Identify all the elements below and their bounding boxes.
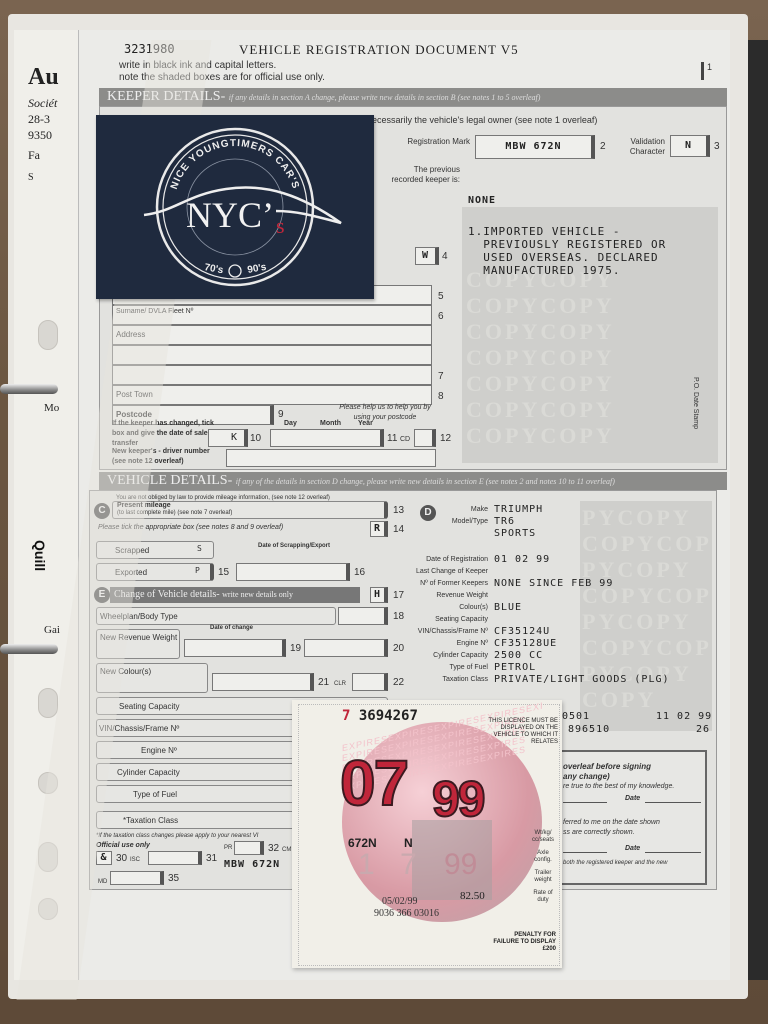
binder-ring-bottom xyxy=(0,644,58,654)
cylinder-capacity-field[interactable]: Cylinder Capacity xyxy=(96,763,296,781)
date-day-header: Day xyxy=(284,419,297,429)
tick-box-h[interactable]: H xyxy=(370,587,388,603)
previous-keeper-label: The previous recorded keeper is: xyxy=(390,165,460,185)
tick-box-k[interactable]: K xyxy=(208,429,248,447)
cd-label: CD xyxy=(400,435,410,445)
engine-label: Engine Nº xyxy=(141,746,177,755)
remark-line: MANUFACTURED 1975. xyxy=(468,264,666,277)
isc-label: ISC xyxy=(130,855,140,865)
detail-label: Nº of Former Keepers xyxy=(400,579,488,589)
clr-label: CLR xyxy=(334,679,346,689)
binder-brand: Quill xyxy=(32,540,48,571)
taxation-class-label: *Taxation Class xyxy=(123,816,178,825)
date-month-header: Month xyxy=(320,419,341,429)
present-mileage-field[interactable]: Present mileage (to last complete mile) … xyxy=(112,501,388,519)
svg-text:90's: 90's xyxy=(247,262,268,276)
declaration-line: re true to the best of my knowledge. xyxy=(563,782,674,792)
detail-value: 2500 CC xyxy=(494,650,543,661)
field-num: 35 xyxy=(168,873,179,884)
fuel-type-field[interactable]: Type of Fuel xyxy=(96,785,296,803)
detail-value: NONE SINCE FEB 99 xyxy=(494,578,613,589)
detail-value: TR6 xyxy=(494,516,515,527)
disc-label: Axle config. xyxy=(528,850,558,864)
detail-label: Model/Type xyxy=(430,517,488,527)
detail-row: VIN/Chassis/Frame NºCF35124U xyxy=(430,627,710,638)
expiry-month: 07 xyxy=(340,746,407,820)
svg-text:70's: 70's xyxy=(203,262,224,276)
detail-row: Cylinder Capacity2500 CC xyxy=(430,651,710,662)
detail-label: Taxation Class xyxy=(400,675,488,685)
detail-row: Nº of Former KeepersNONE SINCE FEB 99 xyxy=(430,579,710,590)
clr-field[interactable] xyxy=(352,673,388,691)
field-num: 13 xyxy=(393,505,404,516)
binder-ring-top xyxy=(0,384,58,394)
field-num: 17 xyxy=(393,590,404,601)
scrap-date-field[interactable] xyxy=(236,563,350,581)
detail-value: SPORTS xyxy=(494,528,536,539)
svg-text:NYC’: NYC’ xyxy=(186,195,274,235)
detail-row: Date of Registration01 02 99 xyxy=(430,555,710,566)
underlying-line: Sociét xyxy=(28,96,57,111)
detail-row: SPORTS xyxy=(430,529,710,540)
issue-date: 05/02/99 xyxy=(382,896,418,907)
underlying-line: 28-3 xyxy=(28,112,50,127)
underlying-line: 9350 xyxy=(28,128,52,143)
md-label: MD xyxy=(98,877,107,887)
field-num: 14 xyxy=(393,524,404,535)
date-of-change-label: Date of change xyxy=(210,623,253,633)
fuel-type-label: Type of Fuel xyxy=(133,790,177,799)
amp-box: & xyxy=(96,851,112,865)
official-use-label: Official use only xyxy=(96,841,150,851)
tick-box-r[interactable]: R xyxy=(370,521,388,537)
wheelplan-code-field[interactable] xyxy=(338,607,388,625)
date-label: Date xyxy=(625,794,640,804)
svg-text:s: s xyxy=(276,213,285,238)
field-num: 21 xyxy=(318,677,329,688)
date-label: Date xyxy=(625,844,640,854)
document-title: VEHICLE REGISTRATION DOCUMENT V5 xyxy=(239,42,519,58)
punch-hole xyxy=(38,320,58,350)
detail-label: Cylinder Capacity xyxy=(400,651,488,661)
detail-row: Seating Capacity xyxy=(430,615,710,626)
underlying-line: Gai xyxy=(44,624,60,636)
underlying-line: Mo xyxy=(44,402,59,414)
nyc-logo-icon: NICE YOUNGTIMERS CAR'S NYC’ s 70's 90's xyxy=(96,115,374,299)
disc-label: Rate of duty xyxy=(528,890,558,904)
field-num: 5 xyxy=(438,291,444,302)
declaration-line: ferred to me on the date shown xyxy=(563,818,660,828)
detail-value: 01 02 99 xyxy=(494,554,550,565)
valid-from-month: 7 xyxy=(400,848,417,882)
detail-value: CF35124U xyxy=(494,626,550,637)
valid-from-day: 1 xyxy=(358,848,375,882)
registration-repeat: MBW 672N xyxy=(224,859,280,870)
vehicle-details-band: VEHICLE DETAILS- if any of the details i… xyxy=(99,472,727,490)
postcode-help: Please help us to help you by using your… xyxy=(330,403,440,423)
field-num: 3 xyxy=(714,141,720,152)
signature-line[interactable] xyxy=(563,852,607,853)
underlying-line: Fa xyxy=(28,148,40,163)
tick-box-w[interactable]: W xyxy=(415,247,439,265)
detail-row: Colour(s)BLUE xyxy=(430,603,710,614)
validation-label: Validation Character xyxy=(605,137,665,157)
po-date-stamp-label: P.O. Date Stamp xyxy=(690,377,700,429)
detail-label: Make xyxy=(430,505,488,515)
field-num: 32 xyxy=(268,843,279,854)
serial-number: 3694267 xyxy=(359,708,418,724)
isc-field[interactable] xyxy=(148,851,202,865)
detail-label: Seating Capacity xyxy=(400,615,488,625)
remark-line: 1.IMPORTED VEHICLE - xyxy=(468,225,666,238)
detail-label: Revenue Weight xyxy=(400,591,488,601)
pr-field[interactable] xyxy=(234,841,264,855)
taxation-note: *If the taxation class changes please ap… xyxy=(96,831,258,841)
field-num: 30 xyxy=(116,853,127,864)
declaration-line: any change) xyxy=(563,772,610,782)
display-notice: THIS LICENCE MUST BE DISPLAYED ON THE VE… xyxy=(478,718,558,746)
exported-code: P xyxy=(195,566,201,575)
detail-row: Model/TypeTR6 xyxy=(430,517,710,528)
field-num: 7 xyxy=(438,371,444,382)
scrapped-code: S xyxy=(197,544,203,553)
disc-serial: 7 3694267 xyxy=(342,708,418,724)
field-num: 20 xyxy=(393,643,404,654)
sale-date-field[interactable] xyxy=(270,429,384,447)
issue-reference: 9036 366 03016 xyxy=(374,908,439,919)
vehicle-band-note: if any of the details in section D chang… xyxy=(236,477,615,486)
field-num: 15 xyxy=(218,567,229,578)
field-num: 10 xyxy=(250,433,261,444)
detail-label: VIN/Chassis/Frame Nº xyxy=(400,627,488,637)
remark-line: PREVIOUSLY REGISTERED OR xyxy=(468,238,666,251)
cm-label: CM xyxy=(282,845,291,855)
detail-value: PETROL xyxy=(494,662,536,673)
underlying-line: S xyxy=(28,172,34,183)
detail-row: Type of FuelPETROL xyxy=(430,663,710,674)
ref-line2-right: 26 xyxy=(696,724,710,735)
ref-line1-left: 0501 xyxy=(562,711,590,722)
date-line[interactable] xyxy=(645,802,701,803)
underlying-heading: Au xyxy=(28,64,59,91)
field-num: 9 xyxy=(278,409,284,420)
detail-row: Engine NºCF35128UE xyxy=(430,639,710,650)
revenue-weight-date-field[interactable] xyxy=(184,639,286,657)
business-card: NICE YOUNGTIMERS CAR'S NYC’ s 70's 90's xyxy=(96,115,374,299)
valid-from-year: 99 xyxy=(444,848,477,882)
declaration-line: overleaf before signing xyxy=(563,762,651,772)
vin-field[interactable]: VIN/Chassis/Frame Nº xyxy=(96,719,296,737)
detail-label: Colour(s) xyxy=(400,603,488,613)
validation-char-field: N xyxy=(670,135,710,157)
field-20[interactable] xyxy=(304,639,388,657)
field-num: 31 xyxy=(206,853,217,864)
field-num: 11 xyxy=(387,433,397,444)
date-line[interactable] xyxy=(645,852,701,853)
remarks-text: 1.IMPORTED VEHICLE - PREVIOUSLY REGISTER… xyxy=(468,225,666,277)
detail-label: Type of Fuel xyxy=(400,663,488,673)
expiry-year: 99 xyxy=(432,770,484,828)
field-num: 12 xyxy=(440,433,451,444)
seating-capacity-label: Seating Capacity xyxy=(119,702,179,711)
field-num: 6 xyxy=(438,311,444,322)
scrap-date-label: Date of Scrapping/Export xyxy=(258,541,330,551)
page-number: 1 xyxy=(701,62,712,80)
pr-label: PR xyxy=(224,843,232,853)
registration-mark-label: Registration Mark xyxy=(400,137,470,147)
remark-line: USED OVERSEAS. DECLARED xyxy=(468,251,666,264)
declaration-line: ss are correctly shown. xyxy=(563,828,635,838)
engine-field[interactable]: Engine Nº xyxy=(96,741,296,759)
driver-number-field[interactable] xyxy=(226,449,436,467)
taxation-class-field[interactable]: *Taxation Class xyxy=(96,811,296,829)
detail-value: PRIVATE/LIGHT GOODS (PLG) xyxy=(494,674,670,685)
detail-row: MakeTRIUMPH xyxy=(430,505,710,516)
colour-change-date-field[interactable] xyxy=(212,673,314,691)
detail-value: CF35128UE xyxy=(494,638,557,649)
detail-row: Taxation ClassPRIVATE/LIGHT GOODS (PLG) xyxy=(430,675,730,686)
signature-line[interactable] xyxy=(563,802,607,803)
ref-line2-left: 896510 xyxy=(568,724,610,735)
svg-text:NICE YOUNGTIMERS CAR'S: NICE YOUNGTIMERS CAR'S xyxy=(169,138,301,191)
detail-label: Last Change of Keeper xyxy=(400,567,488,577)
field-num: 16 xyxy=(354,567,365,578)
penalty-notice: PENALTY FOR FAILURE TO DISPLAY £200 xyxy=(492,932,556,953)
detail-label: Engine Nº xyxy=(400,639,488,649)
disc-label: Trailer weight xyxy=(528,870,558,884)
field-num: 4 xyxy=(442,251,448,262)
disc-label: Wt/kg/ cc/seats xyxy=(528,830,558,844)
detail-row: Revenue Weight xyxy=(430,591,710,602)
duty-amount: 82.50 xyxy=(460,890,485,902)
field-num: 8 xyxy=(438,391,444,402)
cylinder-capacity-label: Cylinder Capacity xyxy=(117,768,180,777)
detail-value: BLUE xyxy=(494,602,522,613)
field-num: 19 xyxy=(290,643,301,654)
cd-field[interactable] xyxy=(414,429,436,447)
date-year-header: Year xyxy=(358,419,373,429)
ref-line1-right: 11 02 99 xyxy=(656,711,712,722)
md-field[interactable] xyxy=(110,871,164,885)
keeper-band-note: if any details in section A change, plea… xyxy=(229,93,541,102)
previous-keeper-value: NONE xyxy=(468,195,496,206)
field-num: 22 xyxy=(393,677,404,688)
change-band-note: write new details only xyxy=(222,590,293,599)
tax-disc: EXPIRESEXPIRESEXPIRESEXPIRESEXPIRES EXPI… xyxy=(292,700,562,968)
declaration-box: overleaf before signing any change) re t… xyxy=(557,750,707,885)
detail-row: Last Change of Keeper xyxy=(430,567,710,578)
field-num: 18 xyxy=(393,611,404,622)
punch-hole xyxy=(38,688,58,718)
legal-owner-note: ecessarily the vehicle's legal owner (se… xyxy=(372,115,597,125)
change-details-band: Change of Vehicle details- write new det… xyxy=(110,587,360,603)
detail-value: TRIUMPH xyxy=(494,504,543,515)
registration-mark-field: MBW 672N xyxy=(475,135,595,159)
declaration-line: both the registered keeper and the new xyxy=(563,858,667,868)
copy-watermark: COPYCOPY COPYCOPY COPYCOPY COPYCOPY COPY… xyxy=(466,267,716,457)
serial-prefix: 7 xyxy=(342,708,350,724)
detail-label: Date of Registration xyxy=(400,555,488,565)
